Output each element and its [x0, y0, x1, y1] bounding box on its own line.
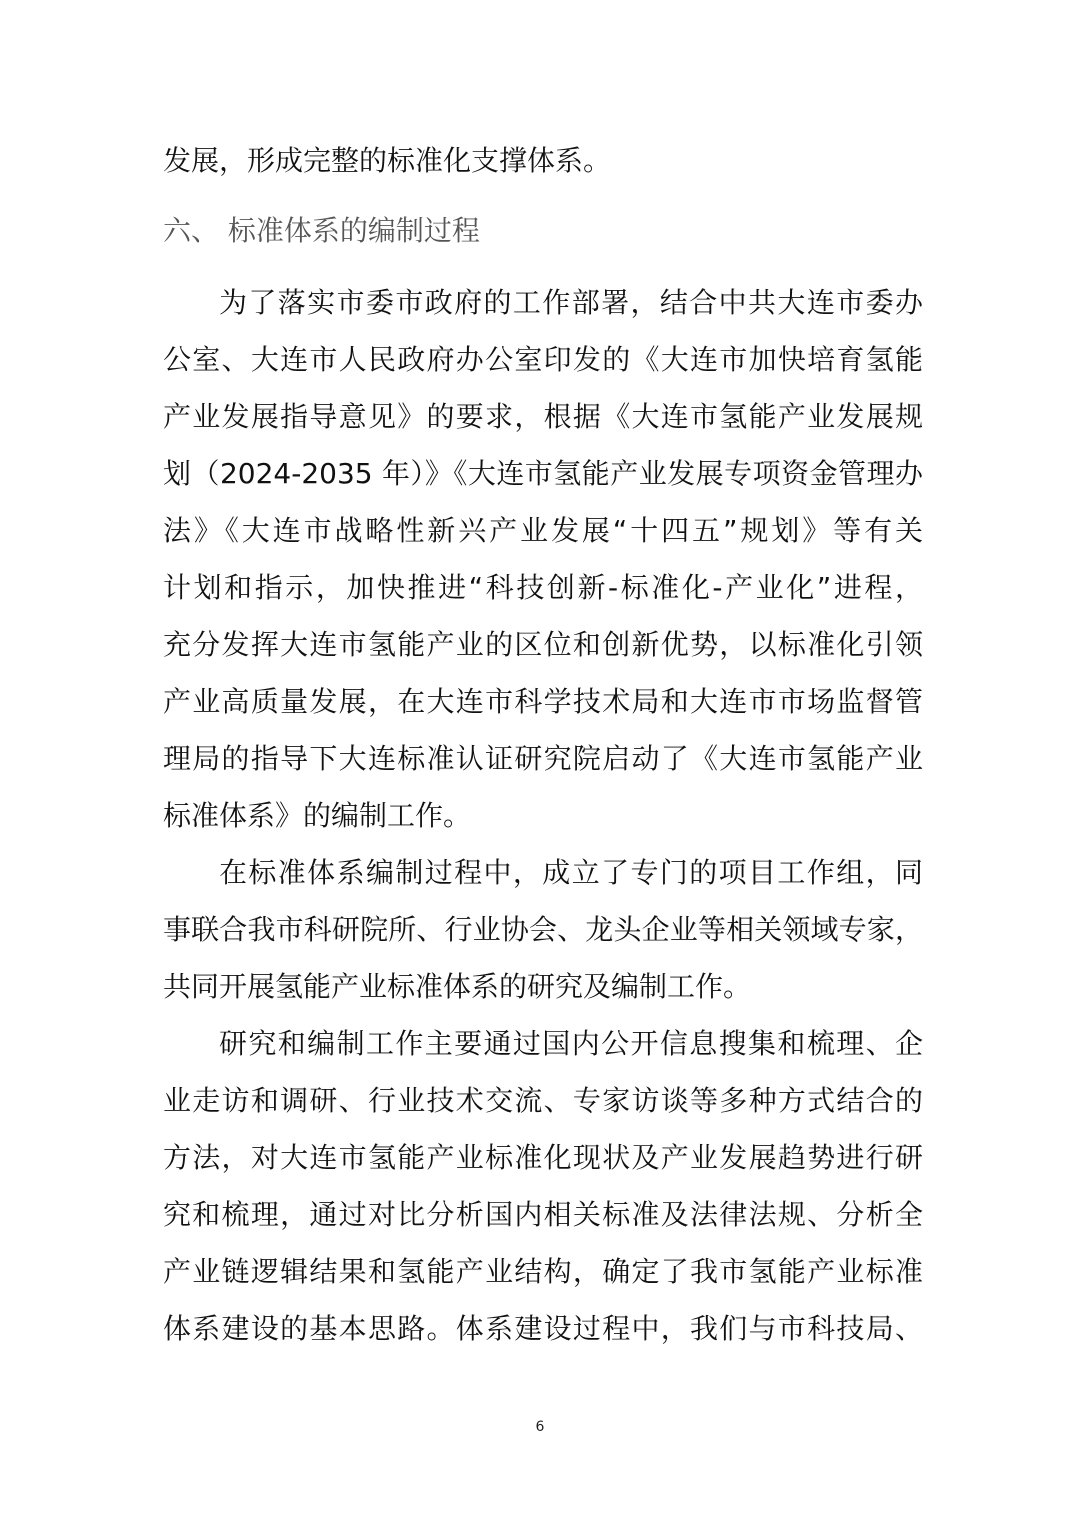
paragraph-line: 体系建设的基本思路。体系建设过程中，我们与市科技局、: [163, 1309, 923, 1349]
paragraph-line: 在标准体系编制过程中，成立了专门的项目工作组，同: [219, 853, 923, 893]
paragraph-line: 公室、大连市人民政府办公室印发的《大连市加快培育氢能: [163, 340, 923, 380]
paragraph-line: 理局的指导下大连标准认证研究院启动了《大连市氢能产业: [163, 739, 923, 779]
paragraph-line: 事联合我市科研院所、行业协会、龙头企业等相关领域专家，: [163, 910, 923, 950]
paragraph-line: 充分发挥大连市氢能产业的区位和创新优势，以标准化引领: [163, 625, 923, 665]
paragraph-line: 究和梳理，通过对比分析国内相关标准及法律法规、分析全: [163, 1195, 923, 1235]
paragraph-line: 共同开展氢能产业标准体系的研究及编制工作。: [163, 967, 923, 1007]
section-heading: 六、 标准体系的编制过程: [163, 211, 480, 251]
paragraph-line: 划（2024-2035 年）》《大连市氢能产业发展专项资金管理办: [163, 454, 923, 494]
carryover-line: 发展，形成完整的标准化支撑体系。: [163, 141, 923, 181]
paragraph-line: 标准体系》的编制工作。: [163, 796, 923, 836]
paragraph-line: 产业发展指导意见》的要求，根据《大连市氢能产业发展规: [163, 397, 923, 437]
paragraph-line: 法》《大连市战略性新兴产业发展“十四五”规划》等有关: [163, 511, 923, 551]
paragraph-line: 业走访和调研、行业技术交流、专家访谈等多种方式结合的: [163, 1081, 923, 1121]
paragraph-line: 产业高质量发展，在大连市科学技术局和大连市市场监督管: [163, 682, 923, 722]
paragraph-line: 为了落实市委市政府的工作部署，结合中共大连市委办: [219, 283, 923, 323]
paragraph-line: 方法，对大连市氢能产业标准化现状及产业发展趋势进行研: [163, 1138, 923, 1178]
page-number: 6: [0, 1417, 1080, 1437]
paragraph-line: 研究和编制工作主要通过国内公开信息搜集和梳理、企: [219, 1024, 923, 1064]
paragraph-line: 产业链逻辑结果和氢能产业结构，确定了我市氢能产业标准: [163, 1252, 923, 1292]
document-page: 发展，形成完整的标准化支撑体系。 六、 标准体系的编制过程 为了落实市委市政府的…: [0, 0, 1080, 1528]
paragraph-line: 计划和指示，加快推进“科技创新-标准化-产业化”进程，: [163, 568, 923, 608]
